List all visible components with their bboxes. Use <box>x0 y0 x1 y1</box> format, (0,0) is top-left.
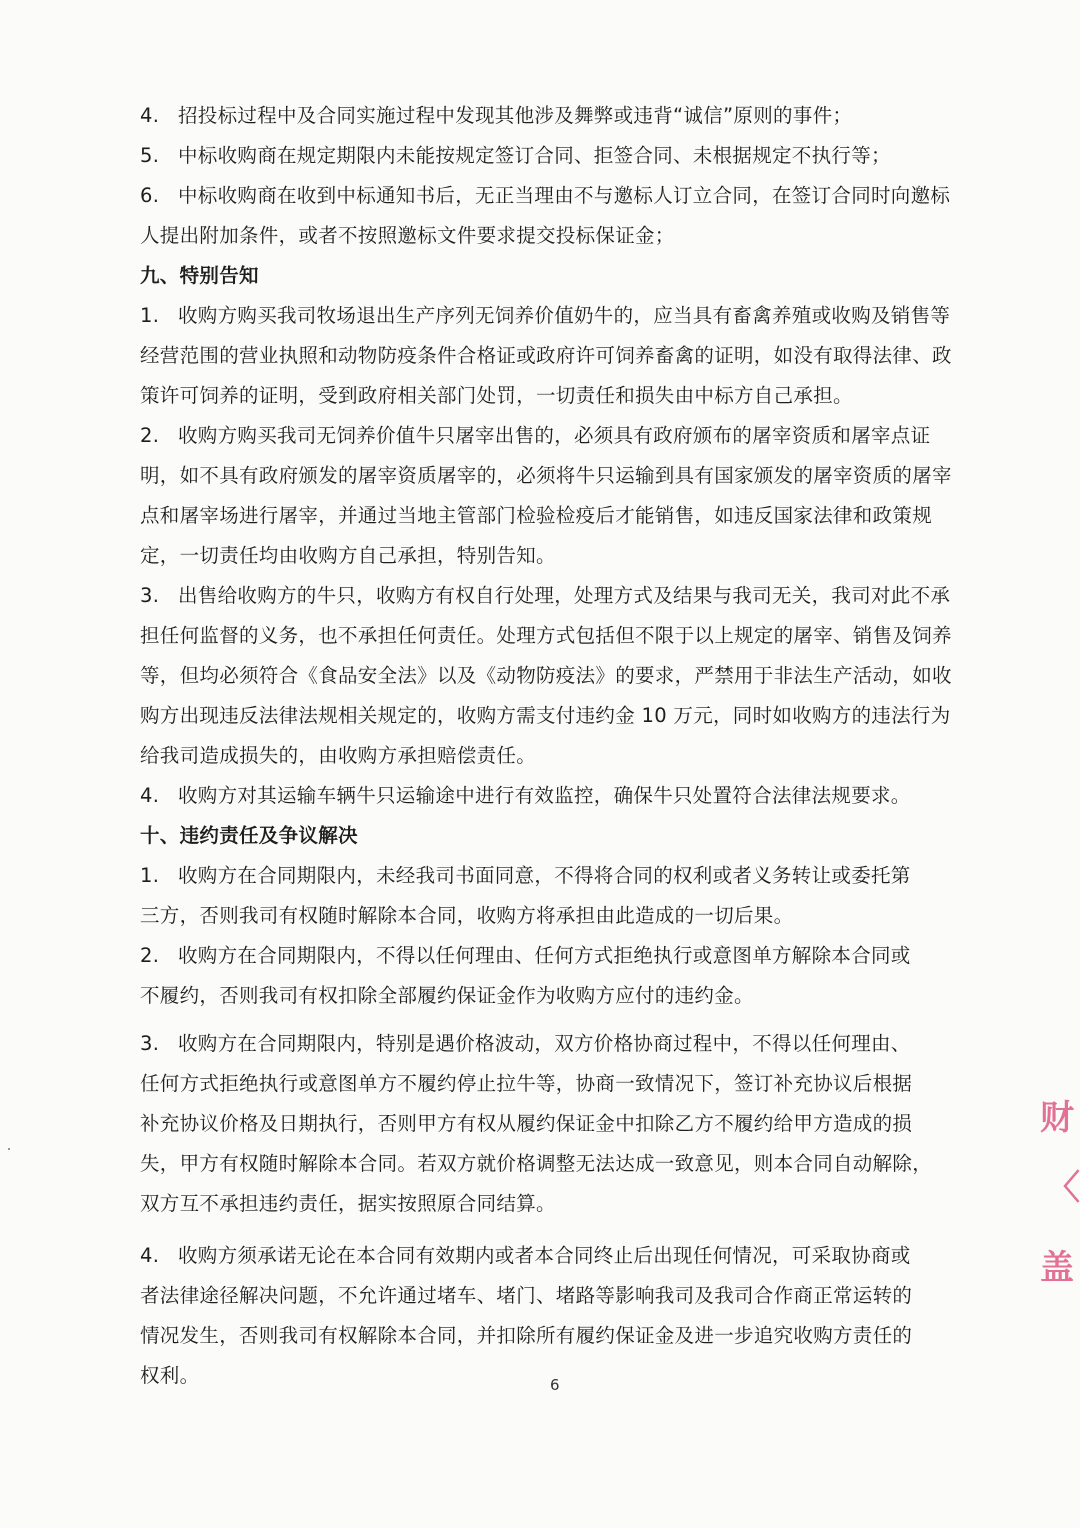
red-seal-stamp: 财 〈 盖 <box>1040 1090 1080 1320</box>
item-number: 4. <box>140 1243 178 1269</box>
item-number: 2. <box>140 943 178 969</box>
line-text: 明，如不具有政府颁发的屠宰资质屠宰的，必须将牛只运输到具有国家颁发的屠宰资质的屠… <box>140 464 952 487</box>
line-text: 中标收购商在规定期限内未能按规定签订合同、拒签合同、未根据规定不执行等； <box>178 144 891 167</box>
item-number: 1. <box>140 303 178 329</box>
line-text: 失，甲方有权随时解除本合同。若双方就价格调整无法达成一致意见，则本合同自动解除， <box>140 1152 932 1175</box>
line-text: 者法律途径解决问题，不允许通过堵车、堵门、堵路等影响我司及我司合作商正常运转的 <box>140 1284 912 1307</box>
line-text: 中标收购商在收到中标通知书后，无正当理由不与邀标人订立合同，在签订合同时向邀标 <box>178 184 950 207</box>
text-line: 等，但均必须符合《食品安全法》以及《动物防疫法》的要求，严禁用于非法生产活动，如… <box>140 663 970 689</box>
line-text: 收购方在合同期限内，不得以任何理由、任何方式拒绝执行或意图单方解除本合同或 <box>178 944 911 967</box>
line-text: 招投标过程中及合同实施过程中发现其他涉及舞弊或违背“诚信”原则的事件； <box>178 104 852 127</box>
item-number: 4. <box>140 783 178 809</box>
text-line: 担任何监督的义务，也不承担任何责任。处理方式包括但不限于以上规定的屠宰、销售及饲… <box>140 623 970 649</box>
line-text: 不履约，否则我司有权扣除全部履约保证金作为收购方应付的违约金。 <box>140 984 754 1007</box>
line-text: 策许可饲养的证明，受到政府相关部门处罚，一切责任和损失由中标方自己承担。 <box>140 384 853 407</box>
line-text: 经营范围的营业执照和动物防疫条件合格证或政府许可饲养畜禽的证明，如没有取得法律、… <box>140 344 952 367</box>
text-line: 人提出附加条件，或者不按照邀标文件要求提交投标保证金； <box>140 223 970 249</box>
text-line: 购方出现违反法律法规相关规定的，收购方需支付违约金 10 万元，同时如收购方的违… <box>140 703 970 729</box>
text-line: 者法律途径解决问题，不允许通过堵车、堵门、堵路等影响我司及我司合作商正常运转的 <box>140 1283 970 1309</box>
line-text: 收购方对其运输车辆牛只运输途中进行有效监控，确保牛只处置符合法律法规要求。 <box>178 784 911 807</box>
text-line: 3.出售给收购方的牛只，收购方有权自行处理，处理方式及结果与我司无关，我司对此不… <box>140 583 970 609</box>
page-number: 6 <box>550 1376 560 1394</box>
line-text: 十、违约责任及争议解决 <box>140 824 358 847</box>
text-line: 4.收购方须承诺无论在本合同有效期内或者本合同终止后出现任何情况，可采取协商或 <box>140 1243 970 1269</box>
text-line: 定，一切责任均由收购方自己承担，特别告知。 <box>140 543 970 569</box>
document-page: 4.招投标过程中及合同实施过程中发现其他涉及舞弊或违背“诚信”原则的事件；5.中… <box>0 0 1080 1528</box>
seal-char: 盖 <box>1040 1240 1074 1289</box>
item-number: 5. <box>140 143 178 169</box>
section-heading: 九、特别告知 <box>140 263 970 289</box>
line-text: 双方互不承担违约责任，据实按照原合同结算。 <box>140 1192 556 1215</box>
line-text: 补充协议价格及日期执行，否则甲方有权从履约保证金中扣除乙方不履约给甲方造成的损 <box>140 1112 912 1135</box>
text-line: 给我司造成损失的，由收购方承担赔偿责任。 <box>140 743 970 769</box>
seal-char: 财 <box>1040 1090 1074 1139</box>
text-line: 3.收购方在合同期限内，特别是遇价格波动，双方价格协商过程中，不得以任何理由、 <box>140 1031 970 1057</box>
text-line: 情况发生，否则我司有权解除本合同，并扣除所有履约保证金及进一步追究收购方责任的 <box>140 1323 970 1349</box>
text-line: 双方互不承担违约责任，据实按照原合同结算。 <box>140 1191 970 1217</box>
text-line: 任何方式拒绝执行或意图单方不履约停止拉牛等，协商一致情况下，签订补充协议后根据 <box>140 1071 970 1097</box>
line-text: 点和屠宰场进行屠宰，并通过当地主管部门检验检疫后才能销售，如违反国家法律和政策规 <box>140 504 932 527</box>
line-text: 定，一切责任均由收购方自己承担，特别告知。 <box>140 544 556 567</box>
text-line: 失，甲方有权随时解除本合同。若双方就价格调整无法达成一致意见，则本合同自动解除， <box>140 1151 970 1177</box>
line-text: 情况发生，否则我司有权解除本合同，并扣除所有履约保证金及进一步追究收购方责任的 <box>140 1324 912 1347</box>
text-line: 补充协议价格及日期执行，否则甲方有权从履约保证金中扣除乙方不履约给甲方造成的损 <box>140 1111 970 1137</box>
line-text: 收购方在合同期限内，特别是遇价格波动，双方价格协商过程中，不得以任何理由、 <box>178 1032 911 1055</box>
text-line: 2.收购方在合同期限内，不得以任何理由、任何方式拒绝执行或意图单方解除本合同或 <box>140 943 970 969</box>
line-text: 收购方须承诺无论在本合同有效期内或者本合同终止后出现任何情况，可采取协商或 <box>178 1244 911 1267</box>
text-line: 1.收购方购买我司牧场退出生产序列无饲养价值奶牛的，应当具有畜禽养殖或收购及销售… <box>140 303 970 329</box>
text-line: 三方，否则我司有权随时解除本合同，收购方将承担由此造成的一切后果。 <box>140 903 970 929</box>
line-text: 三方，否则我司有权随时解除本合同，收购方将承担由此造成的一切后果。 <box>140 904 793 927</box>
text-line: 不履约，否则我司有权扣除全部履约保证金作为收购方应付的违约金。 <box>140 983 970 1009</box>
item-number: 3. <box>140 583 178 609</box>
line-text: 收购方购买我司无饲养价值牛只屠宰出售的，必须具有政府颁布的屠宰资质和屠宰点证 <box>178 424 930 447</box>
text-line: 4.收购方对其运输车辆牛只运输途中进行有效监控，确保牛只处置符合法律法规要求。 <box>140 783 970 809</box>
line-text: 担任何监督的义务，也不承担任何责任。处理方式包括但不限于以上规定的屠宰、销售及饲… <box>140 624 952 647</box>
item-number: 1. <box>140 863 178 889</box>
line-text: 给我司造成损失的，由收购方承担赔偿责任。 <box>140 744 536 767</box>
line-text: 收购方购买我司牧场退出生产序列无饲养价值奶牛的，应当具有畜禽养殖或收购及销售等 <box>178 304 950 327</box>
line-text: 等，但均必须符合《食品安全法》以及《动物防疫法》的要求，严禁用于非法生产活动，如… <box>140 664 952 687</box>
text-line: 2.收购方购买我司无饲养价值牛只屠宰出售的，必须具有政府颁布的屠宰资质和屠宰点证 <box>140 423 970 449</box>
line-text: 收购方在合同期限内，未经我司书面同意，不得将合同的权利或者义务转让或委托第 <box>178 864 911 887</box>
item-number: 3. <box>140 1031 178 1057</box>
item-number: 2. <box>140 423 178 449</box>
line-text: 任何方式拒绝执行或意图单方不履约停止拉牛等，协商一致情况下，签订补充协议后根据 <box>140 1072 912 1095</box>
text-line: 明，如不具有政府颁发的屠宰资质屠宰的，必须将牛只运输到具有国家颁发的屠宰资质的屠… <box>140 463 970 489</box>
text-line: 经营范围的营业执照和动物防疫条件合格证或政府许可饲养畜禽的证明，如没有取得法律、… <box>140 343 970 369</box>
line-text: 出售给收购方的牛只，收购方有权自行处理，处理方式及结果与我司无关，我司对此不承 <box>178 584 950 607</box>
text-line: 策许可饲养的证明，受到政府相关部门处罚，一切责任和损失由中标方自己承担。 <box>140 383 970 409</box>
line-text: 购方出现违反法律法规相关规定的，收购方需支付违约金 10 万元，同时如收购方的违… <box>140 704 951 727</box>
seal-char: 〈 <box>1046 1160 1080 1209</box>
item-number: 4. <box>140 103 178 129</box>
line-text: 权利。 <box>140 1364 199 1387</box>
text-line: 4.招投标过程中及合同实施过程中发现其他涉及舞弊或违背“诚信”原则的事件； <box>140 103 970 129</box>
scan-speck <box>8 1148 10 1150</box>
text-line: 1.收购方在合同期限内，未经我司书面同意，不得将合同的权利或者义务转让或委托第 <box>140 863 970 889</box>
text-line: 5.中标收购商在规定期限内未能按规定签订合同、拒签合同、未根据规定不执行等； <box>140 143 970 169</box>
line-text: 九、特别告知 <box>140 264 259 287</box>
line-text: 人提出附加条件，或者不按照邀标文件要求提交投标保证金； <box>140 224 675 247</box>
item-number: 6. <box>140 183 178 209</box>
section-heading: 十、违约责任及争议解决 <box>140 823 970 849</box>
text-line: 6.中标收购商在收到中标通知书后，无正当理由不与邀标人订立合同，在签订合同时向邀… <box>140 183 970 209</box>
text-line: 点和屠宰场进行屠宰，并通过当地主管部门检验检疫后才能销售，如违反国家法律和政策规 <box>140 503 970 529</box>
